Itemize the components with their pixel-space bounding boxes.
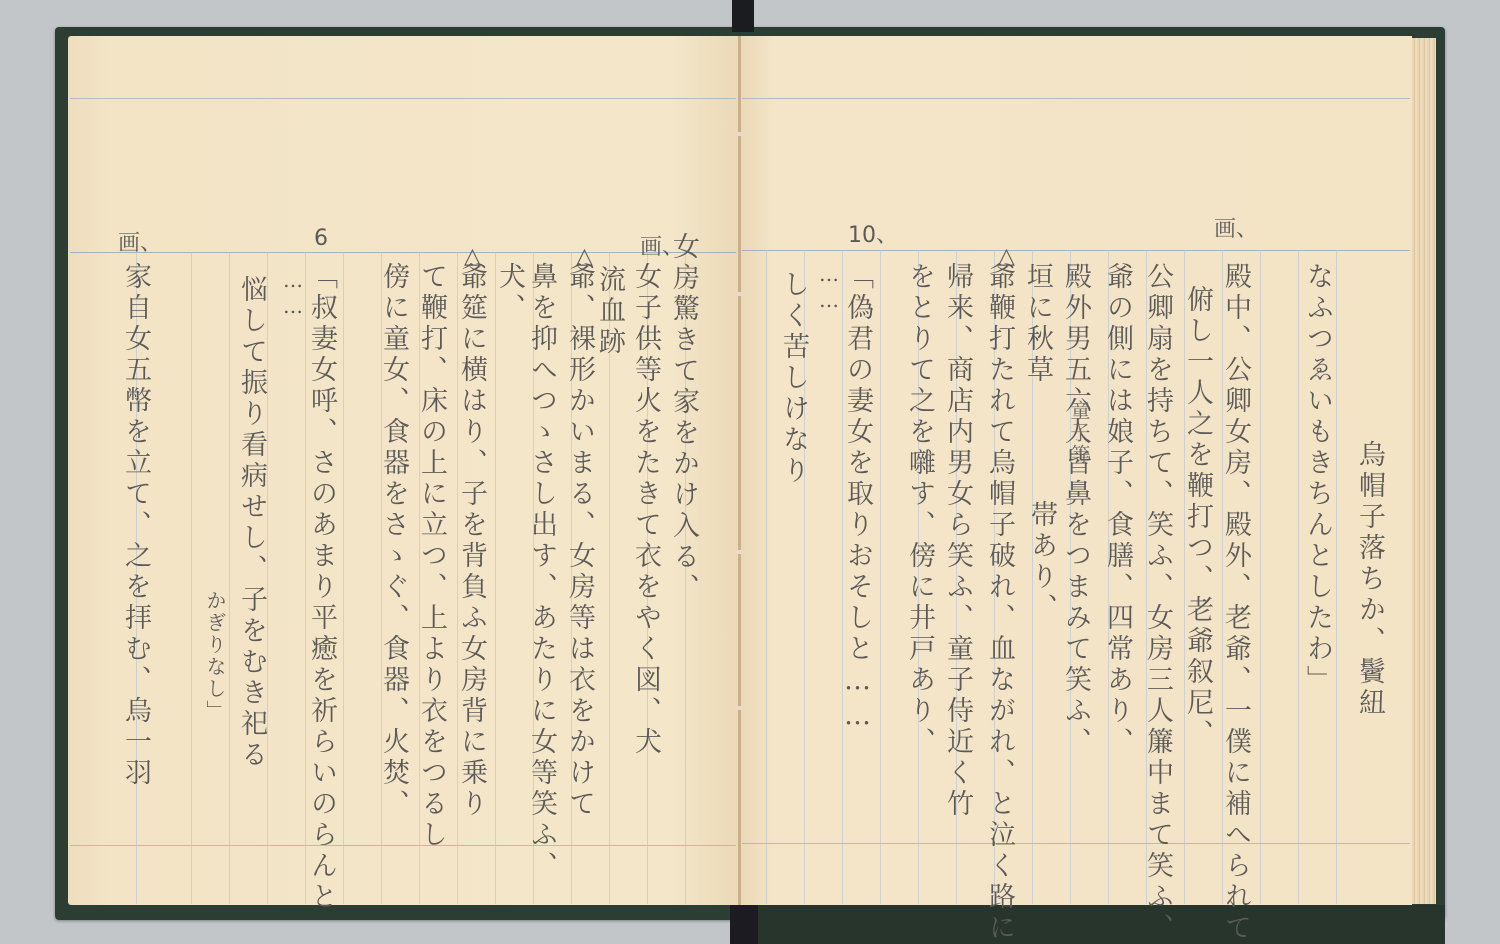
text-column: 爺、裸形かいまる、女房等は衣をかけて	[562, 262, 596, 820]
column-rule	[229, 252, 230, 904]
text-column: 「叔妻女呼、さのあまり平癒を祈らいのらんと	[304, 262, 338, 913]
column-rule	[343, 252, 344, 904]
section-marker: 画、	[1214, 212, 1258, 243]
text-column: 家自女五幣を立て、之を拝む、烏一羽	[118, 262, 152, 789]
gutter-fold	[738, 36, 741, 905]
column-rule	[495, 252, 496, 904]
text-column: 犬、	[492, 262, 526, 324]
text-column: 帯あり、	[1024, 500, 1058, 624]
text-column: て鞭打、床の上に立つ、上より衣をつるし	[414, 262, 448, 851]
column-rule	[191, 252, 192, 904]
header-rule-left	[70, 252, 736, 253]
top-rule-right	[742, 98, 1410, 99]
spine-strap-top	[732, 0, 754, 32]
column-rule	[1260, 250, 1261, 904]
text-column: 女子供等火をたきて衣をやく図、犬	[628, 262, 662, 758]
text-column: 流血跡	[592, 265, 626, 358]
text-column: なふつゑいもきちんとしたわ」	[1300, 262, 1334, 696]
column-rule	[1298, 250, 1299, 904]
text-column: 悩して振り看病せし、子をむき祀る	[234, 275, 268, 771]
text-column: 垣に秋草	[1020, 262, 1054, 386]
text-column: かぎりなし」	[198, 590, 232, 722]
text-column: 爺筵に横はり、子を背負ふ女房背に乗り	[454, 262, 488, 820]
notebook-cover-bottom	[742, 905, 1445, 944]
text-column: 帰来、商店内男女ら笑ふ、童子侍近く竹	[940, 262, 974, 820]
section-marker: 6	[314, 226, 328, 251]
text-column: 爺の側には娘子、食膳、四常あり、	[1100, 262, 1134, 758]
column-rule	[1336, 250, 1337, 904]
column-rule	[766, 250, 767, 904]
text-column: 女房驚きて家をかけ入る、	[666, 232, 700, 604]
text-column: 傍に童女、食器をさゝぐ、食器、火焚、	[376, 262, 410, 820]
binding-stitch	[735, 706, 743, 710]
spine-strap-bottom	[730, 905, 758, 944]
text-column: 烏帽子落ちか、鬢紐	[1352, 440, 1386, 719]
binding-stitch	[735, 132, 743, 136]
text-column: 鼻を抑へつゝさし出す、あたりに女等笑ふ、	[524, 262, 558, 882]
text-column: 「偽君の妻女を取りおそしと……	[840, 262, 874, 735]
column-rule	[880, 250, 881, 904]
binding-stitch	[735, 550, 743, 554]
ellipsis-column: ……	[276, 268, 310, 320]
text-column: 殿外男五六人皆鼻をつまみて笑ふ、	[1058, 262, 1092, 758]
text-column: しく苦しけなり	[776, 270, 810, 487]
text-column: 爺鞭打たれて烏帽子破れ、血ながれ、と泣く路に	[982, 262, 1016, 944]
section-marker: 10、	[848, 218, 898, 249]
bottom-rule-left	[70, 845, 736, 846]
section-marker: 画、	[118, 226, 162, 257]
text-column: をとりて之を囃す、傍に井戸あり、	[902, 262, 936, 758]
page-edges	[1412, 38, 1436, 904]
annotation: 童子等	[1062, 400, 1096, 466]
ellipsis-column: ……	[812, 262, 846, 314]
text-column: 俯し一人之を鞭打つ、老爺叙尼、	[1180, 285, 1214, 750]
text-column: 殿中、公卿女房、殿外、老爺、一僕に補へられて	[1218, 262, 1252, 944]
text-column: 公卿扇を持ちて、笑ふ、女房三人簾中まて笑ふ、	[1140, 262, 1174, 944]
binding-stitch	[735, 292, 743, 296]
top-rule-left	[70, 98, 736, 99]
